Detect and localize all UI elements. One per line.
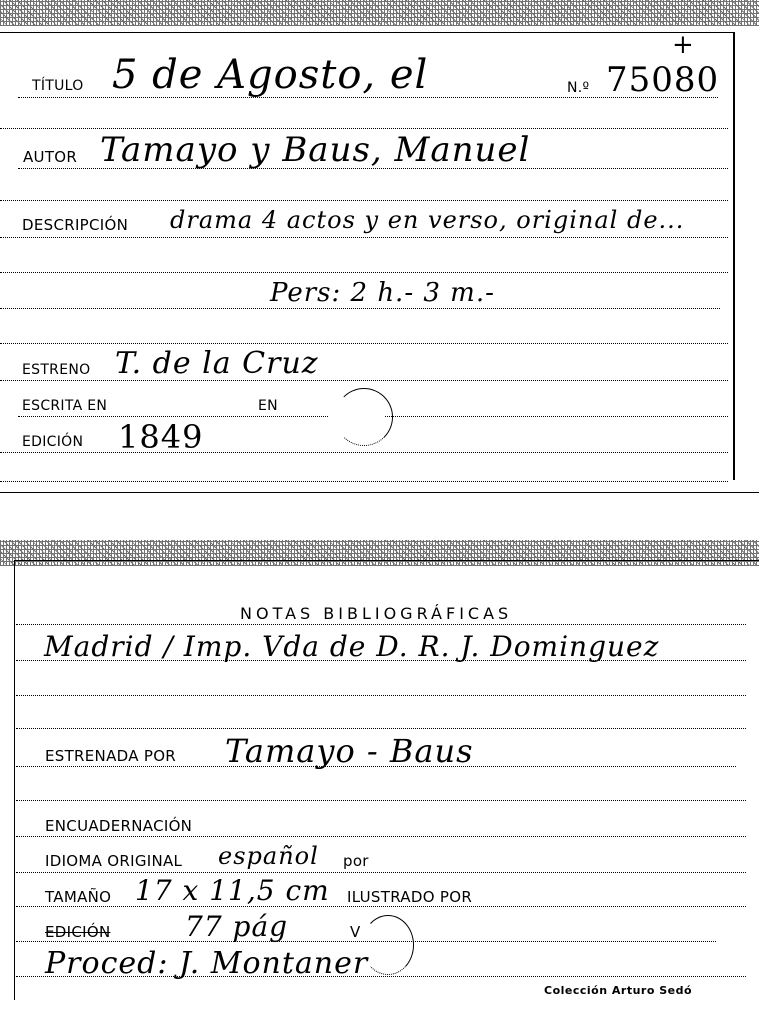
collection-credit: Colección Arturo Sedó <box>544 984 692 997</box>
encuadernacion-line <box>16 836 746 837</box>
titulo-line <box>18 97 718 98</box>
numero-mark: + <box>672 30 695 60</box>
descripcion-line <box>0 237 728 238</box>
edicion-label: EDICIÓN <box>22 434 83 450</box>
idioma-original-line <box>16 872 746 873</box>
titulo-value: 5 de Agosto, el <box>112 52 428 98</box>
card-right-edge <box>733 32 735 480</box>
encuadernacion-label: ENCUADERNACIÓN <box>45 817 192 835</box>
card-bottom-edge <box>0 492 759 493</box>
autor-line <box>18 168 728 169</box>
numero-label: N.º <box>567 80 589 96</box>
descripcion-value2: Pers: 2 h.- 3 m.- <box>270 278 495 308</box>
autor-label: AUTOR <box>23 148 77 166</box>
tamano-line <box>16 906 746 907</box>
scan-noise-top <box>0 540 759 566</box>
edicion-line <box>0 452 728 453</box>
escrita-en-line <box>18 416 328 417</box>
front-card: TÍTULO 5 de Agosto, el N.º + 75080 AUTOR… <box>0 0 759 495</box>
notas-value: Madrid / Imp. Vda de D. R. J. Dominguez <box>44 630 659 663</box>
card-top-edge <box>14 560 759 561</box>
notas-line <box>16 660 746 661</box>
escrita-en-label: ESCRITA EN <box>22 398 107 414</box>
descripcion-value: drama 4 actos y en verso, original de... <box>170 206 684 234</box>
edicion-label: EDICIÓN <box>45 923 110 941</box>
estreno-line <box>0 380 728 381</box>
tamano-label: TAMAÑO <box>45 888 111 906</box>
estreno-value: T. de la Cruz <box>115 346 319 381</box>
estrenada-por-value: Tamayo - Baus <box>225 732 473 770</box>
numero-value: 75080 <box>606 60 719 100</box>
estrenada-por-line <box>16 766 736 767</box>
stamp-circle <box>335 388 393 446</box>
estreno-label: ESTRENO <box>22 362 90 378</box>
ilustrado-por-label: ILUSTRADO POR <box>347 888 472 906</box>
idioma-original-value: español <box>218 842 319 870</box>
estrenada-por-label: ESTRENADA POR <box>45 747 176 765</box>
card-top-edge <box>0 32 735 33</box>
scan-noise-top <box>0 0 759 26</box>
titulo-label: TÍTULO <box>32 78 84 94</box>
idioma-por-label: por <box>343 852 369 870</box>
v-label: V <box>350 923 361 941</box>
tamano-value: 17 x 11,5 cm <box>135 874 330 907</box>
idioma-original-label: IDIOMA ORIGINAL <box>45 852 182 870</box>
card-left-edge <box>14 560 15 1000</box>
en-label: EN <box>258 398 278 414</box>
stamp-circle <box>362 915 414 975</box>
descripcion-label: DESCRIPCIÓN <box>22 216 128 234</box>
procedencia-line <box>16 976 746 977</box>
back-card: NOTAS BIBLIOGRÁFICAS Madrid / Imp. Vda d… <box>0 530 759 1028</box>
edicion-value: 1849 <box>118 418 203 456</box>
edicion-value: 77 pág <box>185 910 288 943</box>
autor-value: Tamayo y Baus, Manuel <box>100 130 530 170</box>
notas-heading: NOTAS BIBLIOGRÁFICAS <box>240 604 512 623</box>
